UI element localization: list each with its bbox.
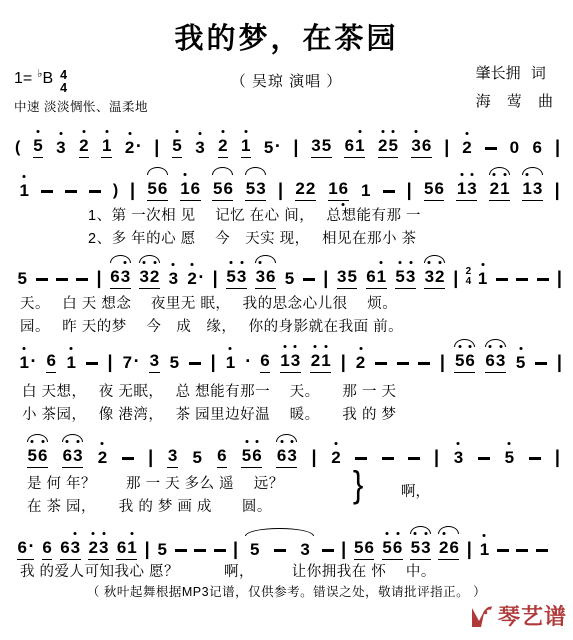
duration-dash xyxy=(122,457,134,460)
lyric-line: 是 何 年？ 那 一 天 多么 遥 远？ xyxy=(27,472,284,493)
note-token: 0 xyxy=(509,139,519,158)
key-prefix: 1= xyxy=(14,70,32,88)
note-token: 1 xyxy=(66,354,76,373)
duration-dash xyxy=(303,278,315,281)
duration-dash xyxy=(355,457,367,460)
note-token: 5 xyxy=(33,137,43,158)
barline: | xyxy=(145,539,150,560)
note-token: 3 xyxy=(56,139,66,158)
note-token: 22 xyxy=(295,180,316,201)
duration-dash xyxy=(65,190,77,193)
verse-brace: } xyxy=(353,464,364,506)
duration-dash xyxy=(194,549,206,552)
duration-dash xyxy=(535,362,547,365)
note-token: 56 xyxy=(382,539,403,560)
duration-dash xyxy=(485,147,497,150)
augmentation-dot: · xyxy=(245,352,251,370)
duration-dash xyxy=(529,457,541,460)
note-token: 32 xyxy=(139,268,160,289)
note-token: 35 xyxy=(311,137,332,158)
barline: | xyxy=(233,539,238,560)
note-token: 63 xyxy=(485,352,506,373)
barline: | xyxy=(341,539,346,560)
lyric-line: 白 天想， 夜 无眠， 总 想能有那一 天。 那 一 天 xyxy=(22,380,396,401)
note-token: 21 xyxy=(489,180,510,201)
meter-change: 24 xyxy=(466,267,472,287)
note-token: 1 xyxy=(477,270,487,289)
credits: 肇长拥 词 海 莺 曲 xyxy=(476,62,553,111)
barline: | xyxy=(407,180,412,201)
duration-dash xyxy=(86,362,98,365)
duration-dash xyxy=(536,549,548,552)
notation-line: 1)|56165653|22161|56132113| xyxy=(18,166,561,201)
note-token: 3 xyxy=(168,270,178,289)
duration-dash xyxy=(408,457,420,460)
barline: | xyxy=(96,268,101,289)
note-token: 35 xyxy=(337,268,358,289)
duration-dash xyxy=(537,278,549,281)
note-token: 3 xyxy=(167,447,177,468)
note-token: 3 xyxy=(195,139,205,158)
barline: | xyxy=(211,352,216,373)
barline: | xyxy=(108,352,113,373)
note-token: 5 xyxy=(284,270,294,289)
note-token: 5 xyxy=(172,137,182,158)
duration-dash xyxy=(397,362,409,365)
song-title: 我的梦，在茶园 xyxy=(0,16,573,57)
note-token: 5 xyxy=(169,354,179,373)
qinyipu-logo: 琴艺谱 xyxy=(468,600,567,631)
note-token: 56 xyxy=(212,180,233,201)
notation-line: 56632|3565663|2|35| xyxy=(26,433,561,468)
duration-dash xyxy=(89,190,101,193)
duration-dash xyxy=(418,362,430,365)
note-token: 36 xyxy=(255,268,276,289)
note-token: 1 xyxy=(241,137,251,158)
note-token: 36 xyxy=(411,137,432,158)
notation-line: (53212·|53215·|35612536|206| xyxy=(14,123,561,158)
note-token: 56 xyxy=(454,352,475,373)
note-token: 26 xyxy=(438,539,459,560)
note-token: 53 xyxy=(245,180,266,201)
note-token: 5· xyxy=(263,137,280,158)
note-token: 3 xyxy=(453,449,463,468)
note-token: 2 xyxy=(97,449,107,468)
note-token: 56 xyxy=(354,539,375,560)
barline: | xyxy=(312,447,317,468)
barline: | xyxy=(278,180,283,201)
note-token: 6 xyxy=(532,139,542,158)
duration-dash xyxy=(175,549,187,552)
duration-dash xyxy=(497,549,509,552)
note-token: 2 xyxy=(331,449,341,468)
barline: | xyxy=(555,447,560,468)
logo-icon xyxy=(468,602,496,630)
phrase-paren: ) xyxy=(113,181,118,200)
key-signature: 1= ♭ B 4 4 xyxy=(14,70,67,95)
logo-text: 琴艺谱 xyxy=(498,600,567,631)
barline: | xyxy=(467,539,472,560)
note-token: 6· xyxy=(17,537,34,560)
note-token: 61 xyxy=(344,137,365,158)
barline: | xyxy=(555,137,560,158)
note-token: 63 xyxy=(62,447,83,468)
note-token: 6 xyxy=(46,352,56,373)
note-token: 5 xyxy=(515,354,525,373)
duration-dash xyxy=(322,549,334,552)
tied-phrase: 53 xyxy=(245,541,314,560)
duration-dash xyxy=(274,549,286,552)
lyric-line: 小 茶园， 像 港湾， 茶 园里边好温 暖。 我 的 梦 xyxy=(22,403,396,424)
note-token: 1 xyxy=(360,182,370,201)
duration-dash xyxy=(516,278,528,281)
lyric-line: 天。 白 天 想念 夜里无 眠， 我的思念心儿很 烦。 xyxy=(20,292,397,313)
barline: | xyxy=(323,268,328,289)
note-token: 2 xyxy=(79,137,89,158)
note-token: 53 xyxy=(410,539,431,560)
note-token: 2 xyxy=(355,354,365,373)
note-token: 3 xyxy=(300,541,310,560)
barline: | xyxy=(453,268,458,289)
key-tonic: B xyxy=(42,70,53,88)
note-token: 16 xyxy=(180,180,201,201)
barline: | xyxy=(293,137,298,158)
note-token: 3 xyxy=(149,352,159,373)
duration-dash xyxy=(214,549,226,552)
note-token: 56 xyxy=(241,447,262,468)
duration-dash xyxy=(496,278,508,281)
duration-dash xyxy=(375,362,387,365)
lyric-line: 园。 昨 天的梦 今 成 缘， 你的身影就在我面 前。 xyxy=(20,315,403,336)
note-token: 2· xyxy=(124,137,141,158)
note-token: 32 xyxy=(424,268,445,289)
note-token: 21 xyxy=(310,352,331,373)
time-signature: 4 4 xyxy=(60,69,67,95)
note-token: 5 xyxy=(249,541,259,560)
note-token: 1 xyxy=(479,541,489,560)
note-token: 1 xyxy=(225,354,235,373)
barline: | xyxy=(557,352,562,373)
ah-lyric: 啊， xyxy=(401,480,430,501)
duration-dash xyxy=(76,278,88,281)
note-token: 13 xyxy=(456,180,477,201)
note-token: 5 xyxy=(504,449,514,468)
note-token: 6 xyxy=(260,352,270,373)
note-token: 63 xyxy=(60,539,81,560)
duration-dash xyxy=(56,278,68,281)
notation-line: 5|633232·|53365|35615332|241| xyxy=(16,253,563,289)
note-token: 7· xyxy=(122,352,139,373)
note-token: 2 xyxy=(462,139,472,158)
lyric-line: 我 的爱人可知我心 愿？ 啊， 让你拥我在 怀 中。 xyxy=(20,560,436,581)
note-token: 6 xyxy=(42,539,52,560)
barline: | xyxy=(148,447,153,468)
lyric-line: 在 茶 园， 我 的 梦 画 成 圆。 xyxy=(27,495,272,516)
final-barline xyxy=(555,539,564,560)
note-token: 61 xyxy=(366,268,387,289)
note-token: 6 xyxy=(217,447,227,468)
barline: | xyxy=(440,352,445,373)
lyric-line: 2、多 年的心 愿 今 天实 现， 相见在那小 茶 xyxy=(88,227,416,248)
duration-dash xyxy=(478,457,490,460)
duration-dash xyxy=(383,190,395,193)
composer-credit: 海 莺 曲 xyxy=(476,90,553,111)
note-token: 13 xyxy=(280,352,301,373)
barline: | xyxy=(555,180,560,201)
duration-dash xyxy=(36,278,48,281)
note-token: 5 xyxy=(192,449,202,468)
note-token: 1 xyxy=(101,137,111,158)
note-token: 63 xyxy=(110,268,131,289)
note-token: 56 xyxy=(147,180,168,201)
note-token: 53 xyxy=(226,268,247,289)
duration-dash xyxy=(189,362,201,365)
lyric-line: 1、第 一次相 见 记忆 在心 间， 总想能有那 一 xyxy=(88,204,421,225)
note-token: 53 xyxy=(395,268,416,289)
note-token: 13 xyxy=(522,180,543,201)
notation-line: 6·6632361|5|53|56565326|1 xyxy=(16,523,565,560)
barline: | xyxy=(557,268,562,289)
sheet-music-page: 我的梦，在茶园 （ 吴琼 演唱 ） 肇长拥 词 海 莺 曲 1= ♭ B 4 4… xyxy=(0,0,573,640)
lyricist-credit: 肇长拥 词 xyxy=(476,62,553,83)
note-token: 2 xyxy=(218,137,228,158)
barline: | xyxy=(341,352,346,373)
meter-bottom: 4 xyxy=(60,82,67,95)
barline: | xyxy=(154,137,159,158)
note-token: 56 xyxy=(424,180,445,201)
tempo-marking: 中速 淡淡惆怅、温柔地 xyxy=(14,97,148,115)
barline: | xyxy=(434,447,439,468)
barline: | xyxy=(444,137,449,158)
note-token: 56 xyxy=(27,447,48,468)
duration-dash xyxy=(41,190,53,193)
note-token: 61 xyxy=(116,539,137,560)
note-token: 2· xyxy=(187,268,204,289)
note-token: 5 xyxy=(17,270,27,289)
note-token: 1 xyxy=(19,182,29,201)
footer-note: （ 秋叶起舞根据MP3记谱，仅供参考。错误之处，敬请批评指正。 ） xyxy=(0,582,573,600)
note-token: 5 xyxy=(157,541,167,560)
note-token: 63 xyxy=(276,447,297,468)
duration-dash xyxy=(516,549,528,552)
duration-dash xyxy=(382,457,394,460)
note-token: 1· xyxy=(19,352,36,373)
note-token: 25 xyxy=(378,137,399,158)
note-token: 23 xyxy=(88,539,109,560)
barline: | xyxy=(130,180,135,201)
notation-line: 1·61|7·35|1·61321|2|56635| xyxy=(18,338,563,373)
phrase-paren: ( xyxy=(15,138,20,157)
barline: | xyxy=(213,268,218,289)
note-token: 16 xyxy=(328,180,349,201)
